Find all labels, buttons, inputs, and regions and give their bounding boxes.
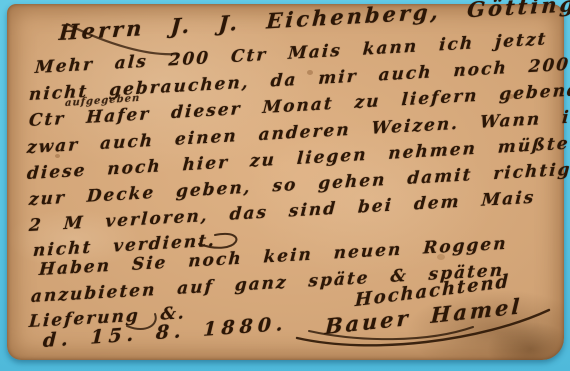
- postcard-paper: Herrn J. J. Eichenberg, Göttingen Mehr a…: [7, 4, 564, 360]
- paper-speck: [55, 154, 60, 158]
- paper-speck: [437, 254, 445, 260]
- paper-speck: [307, 70, 313, 75]
- postcard-scan: Herrn J. J. Eichenberg, Göttingen Mehr a…: [0, 0, 570, 371]
- paper-speck: [507, 94, 514, 99]
